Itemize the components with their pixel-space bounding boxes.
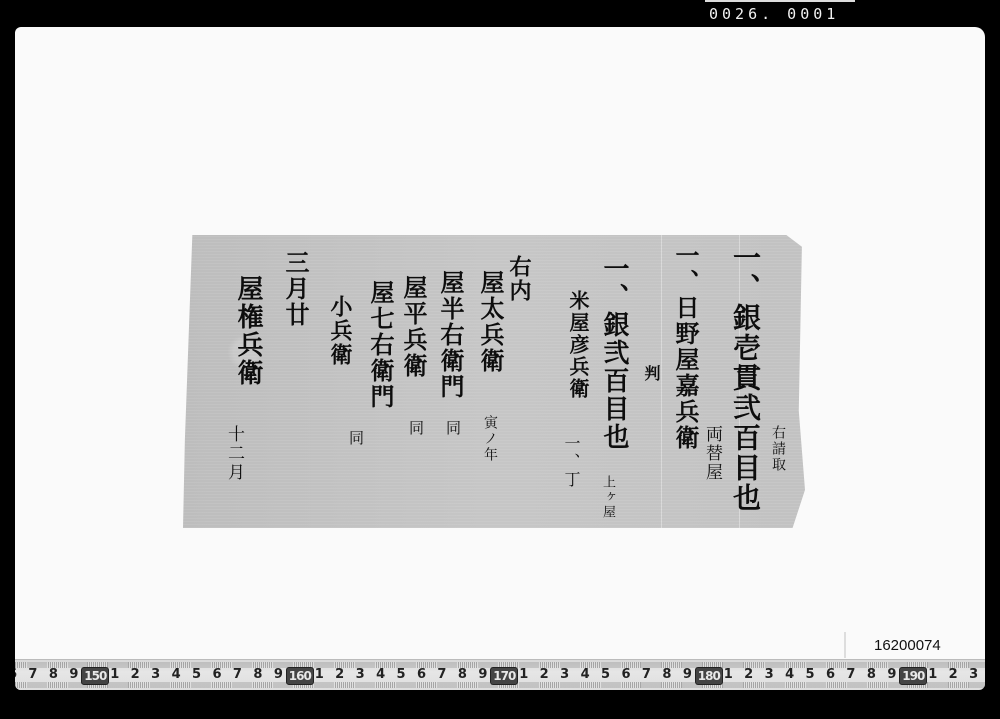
- ruler-label: 5: [800, 667, 820, 683]
- ruler-label: 8: [43, 667, 63, 683]
- ruler-label: 2: [943, 667, 963, 683]
- ruler-label: 4: [371, 667, 391, 683]
- manuscript-column: 屋七右衛門: [368, 280, 392, 410]
- ruler-label: 8: [248, 667, 268, 683]
- film-edge-bar: [705, 0, 855, 2]
- ruler-label: 5: [596, 667, 616, 683]
- ruler-label: 3: [146, 667, 166, 683]
- ruler-label: 3: [555, 667, 575, 683]
- ruler-label: 8: [657, 667, 677, 683]
- ruler-label: 2: [534, 667, 554, 683]
- ruler-label: 2: [330, 667, 350, 683]
- manuscript-column: 米屋彦兵衛: [568, 290, 588, 400]
- ruler-label: 1: [309, 667, 329, 683]
- ruler-label: 3: [350, 667, 370, 683]
- ruler-label: 4: [166, 667, 186, 683]
- manuscript-column: 同: [445, 420, 460, 437]
- ruler-label: 6: [15, 667, 23, 683]
- ruler-label: 3: [759, 667, 779, 683]
- ruler-label: 7: [636, 667, 656, 683]
- ruler-label: 4: [575, 667, 595, 683]
- ruler-label: 5: [187, 667, 207, 683]
- manuscript-document: 一、銀壱貫弐百目也 右請取 一、日野屋嘉兵衛 判 両替屋 一、銀弐百目也 上ヶ屋…: [183, 235, 805, 528]
- ruler-label: 6: [207, 667, 227, 683]
- ruler-label: 2: [125, 667, 145, 683]
- manuscript-column: 屋平兵衛: [401, 275, 425, 379]
- paper-fold-line: [661, 235, 662, 528]
- manuscript-column: 同: [348, 430, 363, 447]
- ruler-label: 8: [452, 667, 472, 683]
- ruler-label: 6: [412, 667, 432, 683]
- ruler-label: 7: [227, 667, 247, 683]
- manuscript-column: 屋太兵衛: [478, 270, 502, 374]
- ruler-labels: 6789150123456789160123456789170123456789…: [15, 660, 985, 690]
- ruler-label: 7: [841, 667, 861, 683]
- manuscript-column: 三月廿: [283, 250, 307, 328]
- manuscript-column: 一、銀壱貫弐百目也: [731, 243, 759, 513]
- ruler-label: 1: [514, 667, 534, 683]
- ruler-label: 3: [964, 667, 984, 683]
- manuscript-column: 右内: [508, 255, 530, 303]
- manuscript-column: 両替屋: [703, 425, 720, 482]
- ruler-label: 1: [105, 667, 125, 683]
- manuscript-column: 右請取: [771, 425, 785, 473]
- manuscript-column: 上ヶ屋: [601, 475, 614, 520]
- ruler-label: 7: [23, 667, 43, 683]
- manuscript-column: 屋権兵衛: [235, 275, 261, 387]
- ruler-label: 7: [432, 667, 452, 683]
- ruler-label: 2: [739, 667, 759, 683]
- ruler-label: 1: [718, 667, 738, 683]
- catalog-divider: [844, 632, 846, 658]
- manuscript-column: 一、日野屋嘉兵衛: [673, 243, 697, 451]
- catalog-number: 16200074: [874, 637, 941, 654]
- manuscript-column: 小兵衛: [329, 295, 351, 367]
- seal-mark: 判: [643, 365, 659, 383]
- ruler-label: 4: [780, 667, 800, 683]
- measurement-ruler: 6789150123456789160123456789170123456789…: [15, 659, 985, 690]
- ruler-label: 1: [923, 667, 943, 683]
- manuscript-column: 一、丁: [563, 435, 579, 489]
- manuscript-column: 十二月: [225, 425, 242, 482]
- manuscript-column: 屋半右衛門: [438, 270, 462, 400]
- ruler-label: 6: [821, 667, 841, 683]
- ruler-label: 5: [391, 667, 411, 683]
- ruler-label: 8: [861, 667, 881, 683]
- manuscript-column: 同: [408, 420, 423, 437]
- film-frame-label: 0026. 0001: [709, 4, 839, 24]
- manuscript-column: 一、銀弐百目也: [601, 255, 627, 451]
- ruler-label: 6: [616, 667, 636, 683]
- manuscript-column: 寅ノ年: [483, 415, 497, 463]
